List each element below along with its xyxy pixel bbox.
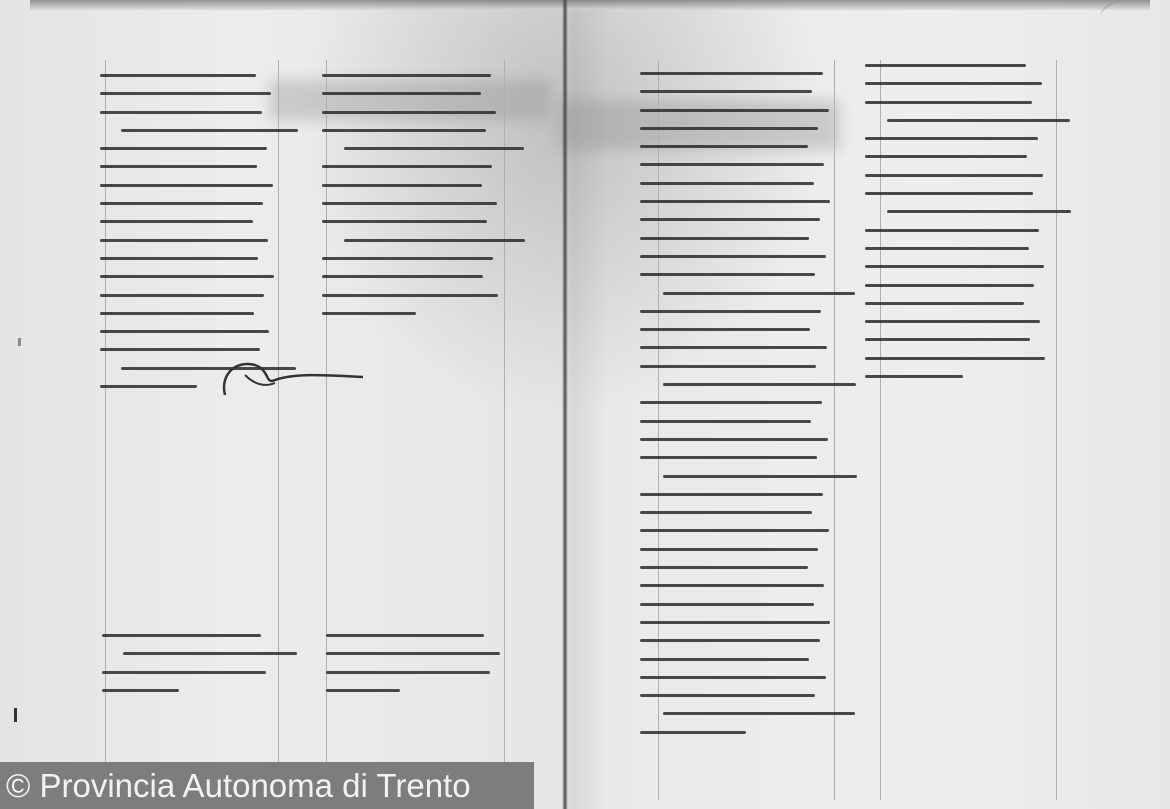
- script-line: [640, 566, 808, 569]
- script-line: [100, 74, 256, 77]
- script-line: [640, 90, 812, 93]
- script-line: [322, 220, 487, 223]
- script-line: [102, 671, 266, 674]
- script-line: [640, 731, 746, 734]
- script-line: [640, 694, 815, 697]
- script-line: [322, 312, 416, 315]
- script-line: [640, 328, 810, 331]
- script-line: [640, 438, 828, 441]
- script-line: [865, 192, 1033, 195]
- script-line: [640, 621, 830, 624]
- script-line: [640, 365, 816, 368]
- script-line: [640, 127, 818, 130]
- script-line: [887, 119, 1070, 122]
- script-line: [100, 348, 260, 351]
- script-line: [322, 165, 492, 168]
- script-line: [100, 312, 254, 315]
- script-line: [663, 383, 856, 386]
- script-line: [322, 74, 491, 77]
- script-line: [865, 155, 1027, 158]
- script-line: [100, 111, 262, 114]
- script-line: [326, 634, 484, 637]
- left-page-col-b-bottom: [326, 634, 504, 707]
- margin-mark: [18, 338, 21, 346]
- script-line: [100, 202, 263, 205]
- script-line: [121, 129, 298, 132]
- margin-mark: [14, 708, 17, 722]
- left-page-col-a: [100, 74, 278, 403]
- script-line: [100, 184, 273, 187]
- script-line: [100, 165, 257, 168]
- script-line: [663, 712, 854, 715]
- script-line: [322, 202, 497, 205]
- manuscript-spread: © Provincia Autonoma di Trento: [0, 0, 1170, 809]
- script-line: [322, 92, 481, 95]
- script-line: [640, 145, 808, 148]
- script-line: [344, 147, 524, 150]
- script-line: [640, 603, 814, 606]
- ruling-line: [1056, 60, 1057, 800]
- script-line: [326, 689, 400, 692]
- copyright-watermark: © Provincia Autonoma di Trento: [0, 762, 534, 809]
- script-line: [322, 111, 496, 114]
- script-line: [322, 275, 483, 278]
- script-line: [640, 109, 829, 112]
- page-top-edge: [30, 0, 1150, 10]
- ruling-line: [278, 60, 279, 800]
- script-line: [100, 147, 267, 150]
- script-line: [865, 265, 1044, 268]
- script-line: [322, 257, 493, 260]
- script-line: [102, 634, 261, 637]
- script-line: [663, 475, 857, 478]
- script-line: [640, 584, 824, 587]
- script-line: [640, 273, 815, 276]
- script-line: [663, 292, 854, 295]
- script-line: [640, 529, 829, 532]
- script-line: [865, 284, 1034, 287]
- script-line: [640, 658, 809, 661]
- script-line: [640, 420, 811, 423]
- script-line: [640, 182, 814, 185]
- script-line: [100, 294, 264, 297]
- left-page-col-a-bottom: [102, 634, 278, 707]
- script-line: [865, 174, 1043, 177]
- script-line: [640, 676, 826, 679]
- script-line: [640, 163, 824, 166]
- ruling-line: [504, 60, 505, 800]
- script-line: [100, 385, 197, 388]
- script-line: [865, 229, 1039, 232]
- right-page-col-a: [640, 72, 835, 749]
- script-line: [865, 357, 1045, 360]
- script-line: [100, 239, 268, 242]
- script-line: [640, 493, 823, 496]
- scribal-flourish-icon: [215, 355, 365, 405]
- script-line: [322, 294, 498, 297]
- script-line: [640, 639, 820, 642]
- script-line: [326, 652, 500, 655]
- script-line: [865, 302, 1024, 305]
- script-line: [100, 220, 253, 223]
- script-line: [640, 72, 823, 75]
- script-line: [344, 239, 525, 242]
- script-line: [865, 101, 1032, 104]
- script-line: [887, 210, 1071, 213]
- script-line: [640, 237, 809, 240]
- script-line: [640, 255, 826, 258]
- script-line: [100, 275, 274, 278]
- script-line: [865, 320, 1040, 323]
- script-line: [640, 346, 827, 349]
- script-line: [326, 671, 490, 674]
- right-page-col-b: [865, 64, 1050, 393]
- script-line: [322, 129, 486, 132]
- script-line: [123, 652, 297, 655]
- script-line: [865, 375, 963, 378]
- script-line: [100, 92, 271, 95]
- script-line: [322, 184, 482, 187]
- script-line: [865, 82, 1042, 85]
- script-line: [865, 64, 1026, 67]
- script-line: [640, 200, 830, 203]
- script-line: [640, 548, 818, 551]
- script-line: [865, 338, 1030, 341]
- script-line: [100, 257, 258, 260]
- script-line: [100, 330, 269, 333]
- script-line: [640, 310, 821, 313]
- script-line: [640, 218, 820, 221]
- script-line: [640, 401, 822, 404]
- book-gutter: [562, 0, 568, 809]
- left-page-col-b: [322, 74, 504, 330]
- script-line: [865, 247, 1029, 250]
- script-line: [865, 137, 1038, 140]
- script-line: [640, 456, 817, 459]
- script-line: [640, 511, 812, 514]
- script-line: [102, 689, 179, 692]
